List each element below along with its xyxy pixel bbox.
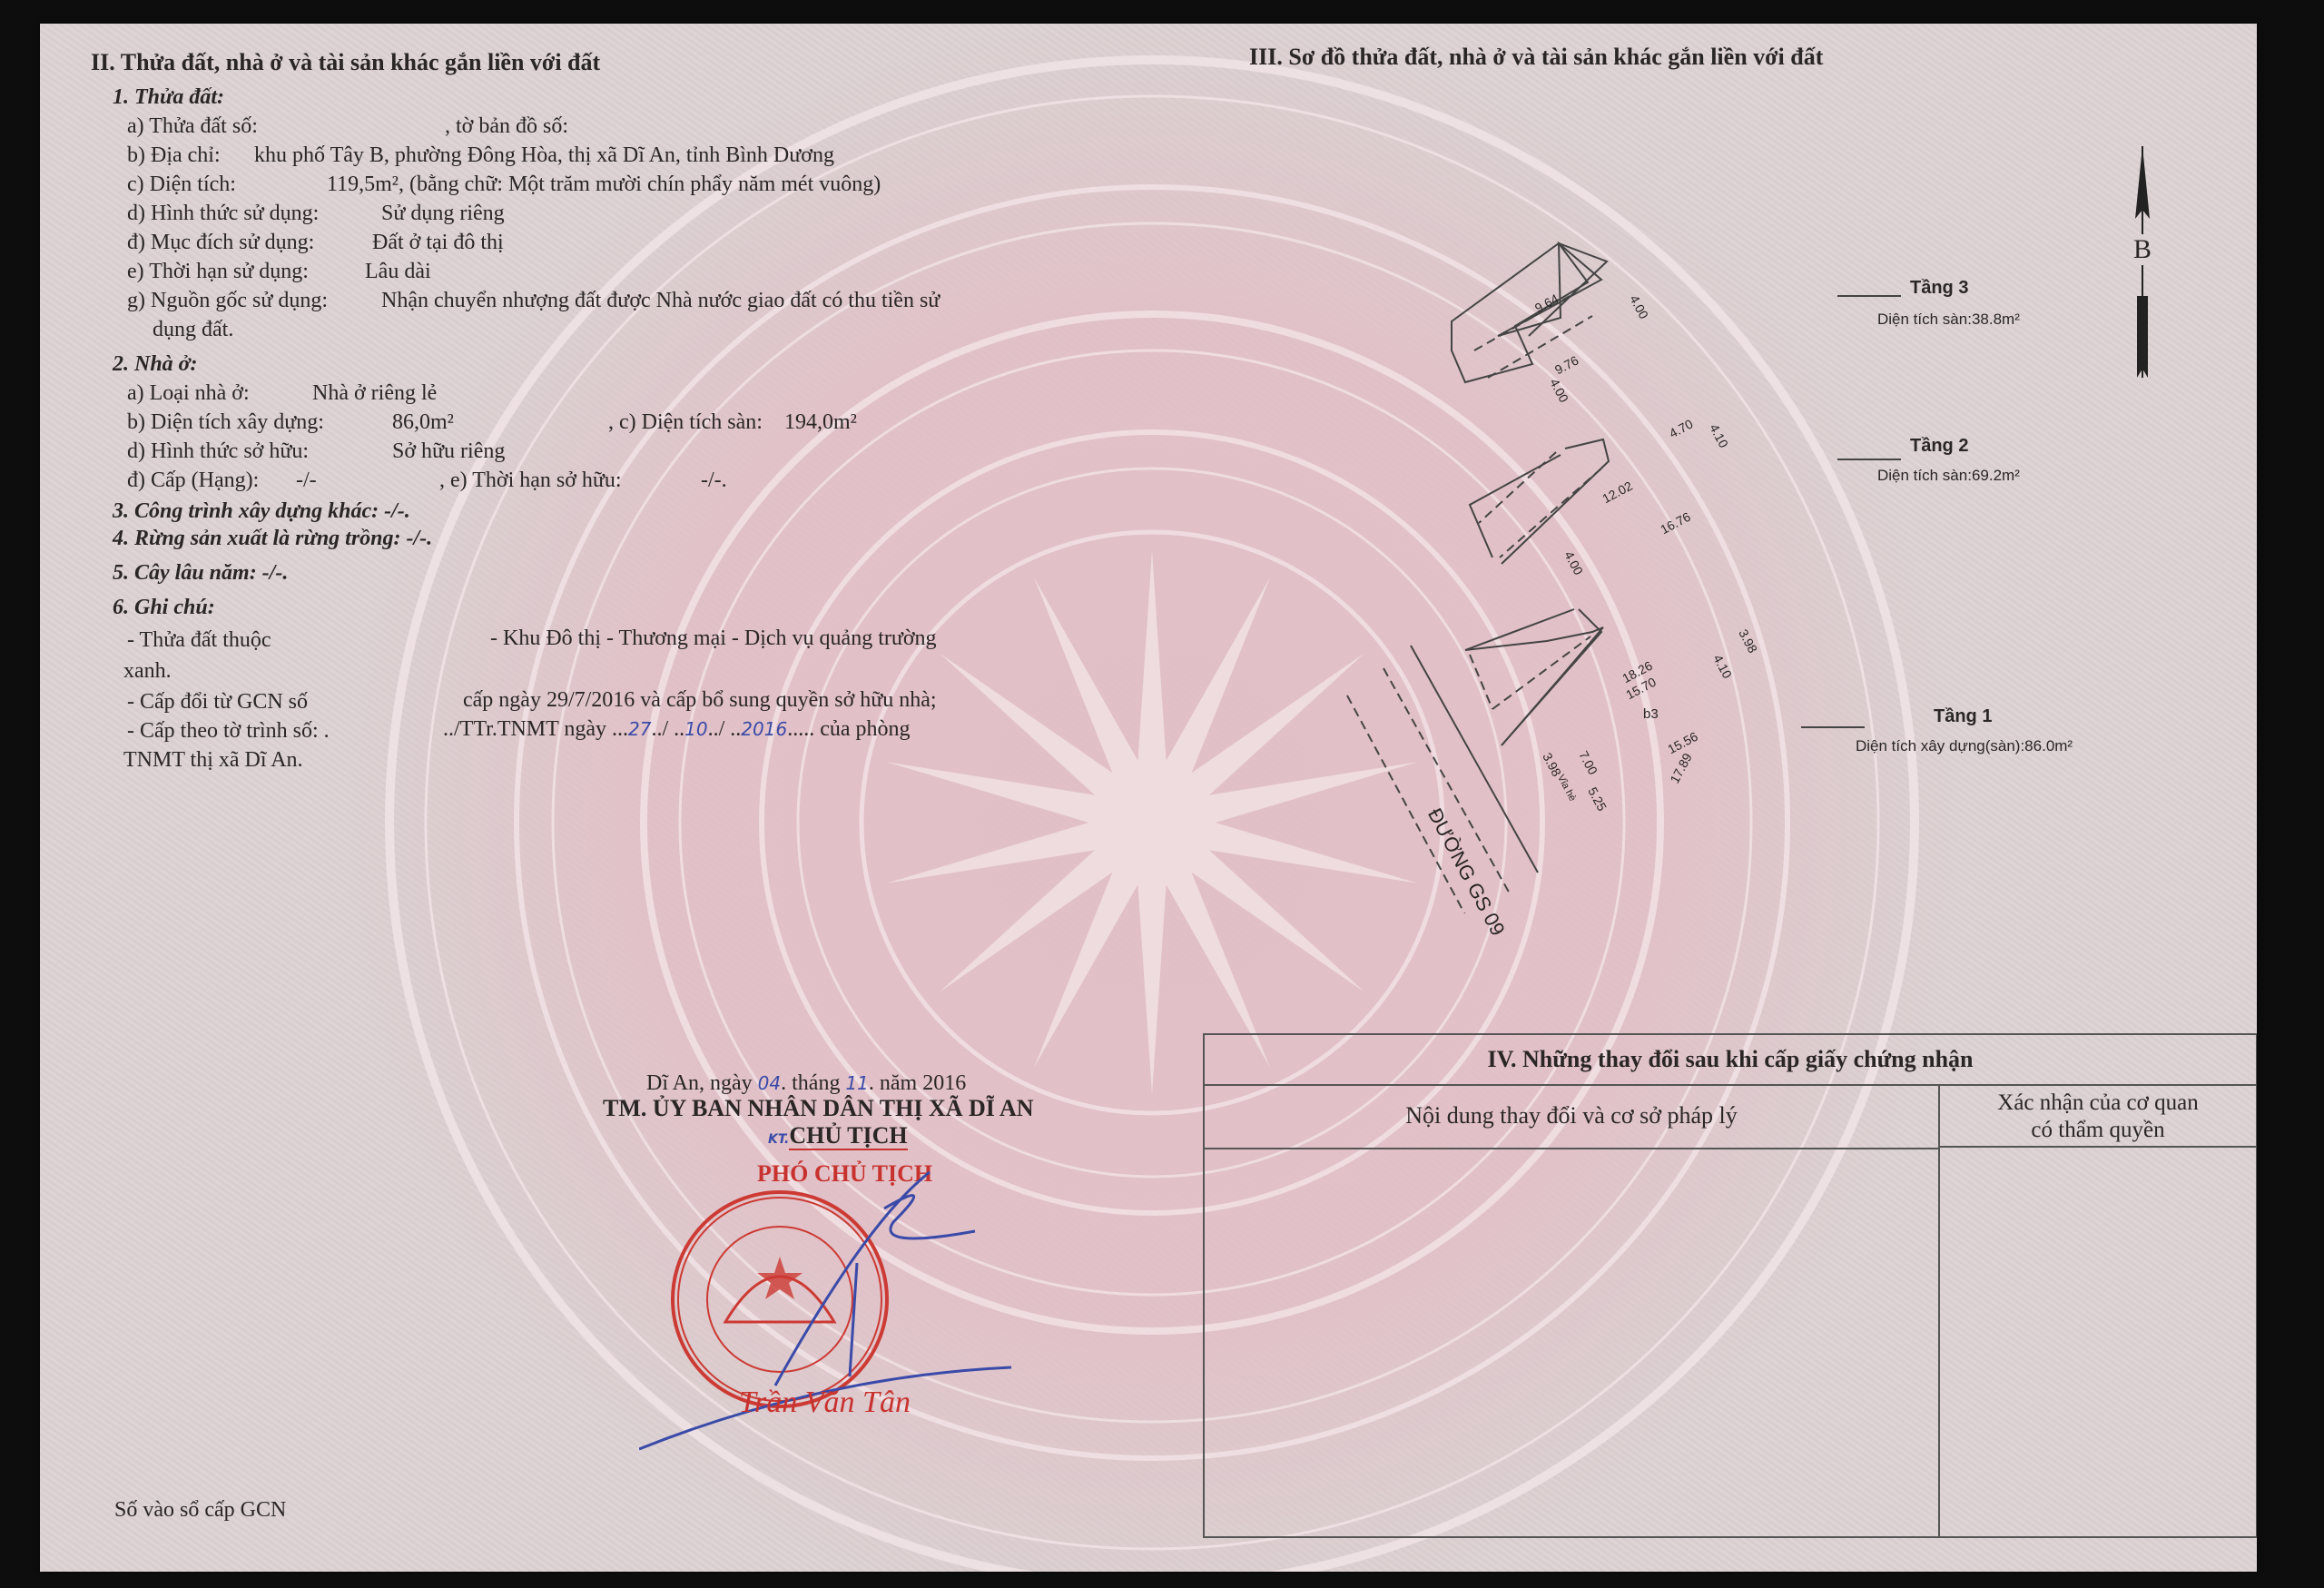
use-form-label: d) Hình thức sử dụng: xyxy=(127,200,319,227)
chairman-title: KT.CHỦ TỊCH xyxy=(768,1122,908,1153)
origin-value: Nhận chuyển nhượng đất được Nhà nước gia… xyxy=(381,287,940,314)
origin-label: g) Nguồn gốc sử dụng: xyxy=(127,287,328,314)
official-seal-icon xyxy=(639,1168,1020,1467)
land-heading: 1. Thửa đất: xyxy=(113,84,224,111)
origin-value-cont: dụng đất. xyxy=(153,316,233,343)
col2-line1: Xác nhận của cơ quan xyxy=(1940,1090,2256,1117)
changes-table-title: IV. Những thay đổi sau khi cấp giấy chứn… xyxy=(1205,1035,2256,1086)
perennial-trees: 5. Cây lâu năm: -/-. xyxy=(113,559,288,587)
own-term-value: -/-. xyxy=(701,467,727,494)
house-heading: 2. Nhà ở: xyxy=(113,350,198,378)
report-year: 2016 xyxy=(741,718,787,740)
section-iii-title: III. Sơ đồ thửa đất, nhà ở và tài sản kh… xyxy=(1249,44,1823,71)
purpose-value: Đất ở tại đô thị xyxy=(372,229,504,256)
sign-month: 11 xyxy=(845,1072,868,1094)
changes-table: IV. Những thay đổi sau khi cấp giấy chứn… xyxy=(1203,1033,2257,1538)
notes-line1-a: - Thửa đất thuộc xyxy=(127,626,271,654)
year-label: năm 2016 xyxy=(880,1071,966,1095)
floor2-name: Tầng 2 xyxy=(1910,436,1968,457)
floor1-area: Diện tích xây dựng(sàn):86.0m² xyxy=(1856,737,2073,755)
own-term-label: , e) Thời hạn sở hữu: xyxy=(439,467,622,494)
col2-line2: có thẩm quyền xyxy=(1940,1117,2256,1144)
house-type-value: Nhà ở riêng lẻ xyxy=(312,380,437,407)
chairman-title-text: CHỦ TỊCH xyxy=(789,1122,907,1150)
report-number-suffix: ../TTr.TNMT ngày xyxy=(443,717,606,741)
report-month: 10 xyxy=(684,718,707,740)
term-label: e) Thời hạn sử dụng: xyxy=(127,258,309,285)
use-form-value: Sử dụng riêng xyxy=(381,200,505,227)
grade-value: -/- xyxy=(296,467,317,494)
floor3-area: Diện tích sàn:38.8m² xyxy=(1877,311,2020,329)
floor-area-label: , c) Diện tích sàn: xyxy=(608,409,763,436)
house-type-label: a) Loại nhà ở: xyxy=(127,380,250,407)
build-area-value: 86,0m² xyxy=(392,409,454,436)
ownership-label: d) Hình thức sở hữu: xyxy=(127,438,309,465)
notes-heading: 6. Ghi chú: xyxy=(113,594,215,621)
address-value: khu phố Tây B, phường Đông Hòa, thị xã D… xyxy=(254,142,834,169)
address-label: b) Địa chỉ: xyxy=(127,142,221,169)
section-ii-title: II. Thửa đất, nhà ở và tài sản khác gắn … xyxy=(91,49,600,76)
floor2-area: Diện tích sàn:69.2m² xyxy=(1877,467,2020,485)
authority-name: TM. ỦY BAN NHÂN DÂN THỊ XÃ DĨ AN xyxy=(603,1095,1034,1122)
ownership-value: Sở hữu riêng xyxy=(392,438,505,465)
report-suffix: ..... của phòng xyxy=(787,717,910,741)
col-authority-confirmation: Xác nhận của cơ quan có thẩm quyền xyxy=(1938,1084,2256,1148)
kt-mark: KT. xyxy=(768,1132,789,1147)
signer-name: Trần Văn Tân xyxy=(739,1386,911,1420)
place-date: Dĩ An, ngày 04. tháng 11. năm 2016 xyxy=(646,1070,966,1097)
area-value: 119,5m², (bằng chữ: Một trăm mười chín p… xyxy=(327,171,881,198)
notes-line4-b: ../TTr.TNMT ngày ...27../ ..10../ ..2016… xyxy=(443,715,911,743)
grade-label: đ) Cấp (Hạng): xyxy=(127,467,259,494)
production-forest: 4. Rừng sản xuất là rừng trồng: -/-. xyxy=(113,525,432,552)
month-label: tháng xyxy=(792,1071,840,1095)
col-change-content: Nội dung thay đổi và cơ sở pháp lý xyxy=(1205,1084,1938,1149)
place-date-prefix: Dĩ An, ngày xyxy=(646,1071,753,1095)
floor-area-value: 194,0m² xyxy=(784,409,857,436)
registry-number-label: Số vào sổ cấp GCN xyxy=(114,1496,286,1524)
floor3-name: Tầng 3 xyxy=(1910,278,1968,299)
term-value: Lâu dài xyxy=(365,258,431,285)
notes-line5: TNMT thị xã Dĩ An. xyxy=(123,746,303,774)
floor1-name: Tầng 1 xyxy=(1934,706,1992,727)
area-label: c) Diện tích: xyxy=(127,171,236,198)
lot-number-label: a) Thửa đất số: xyxy=(127,113,258,140)
column-divider xyxy=(1938,1148,1940,1536)
north-label: B xyxy=(2133,234,2152,265)
map-sheet-label: , tờ bản đồ số: xyxy=(445,113,568,140)
notes-line3-b: cấp ngày 29/7/2016 và cấp bổ sung quyền … xyxy=(463,686,937,714)
report-day: 27 xyxy=(628,718,651,740)
sign-day: 04 xyxy=(758,1072,781,1094)
notes-line3-a: - Cấp đổi từ GCN số xyxy=(127,688,308,715)
notes-line1-b: - Khu Đô thị - Thương mại - Dịch vụ quản… xyxy=(490,625,937,652)
build-area-label: b) Diện tích xây dựng: xyxy=(127,409,324,436)
notes-line4-a: - Cấp theo tờ trình số: . xyxy=(127,717,330,745)
lot-label: b3 xyxy=(1643,706,1659,722)
purpose-label: đ) Mục đích sử dụng: xyxy=(127,229,314,256)
other-construction: 3. Công trình xây dựng khác: -/-. xyxy=(113,498,410,525)
certificate-page: II. Thửa đất, nhà ở và tài sản khác gắn … xyxy=(40,24,2257,1572)
notes-line2: xanh. xyxy=(123,657,172,685)
